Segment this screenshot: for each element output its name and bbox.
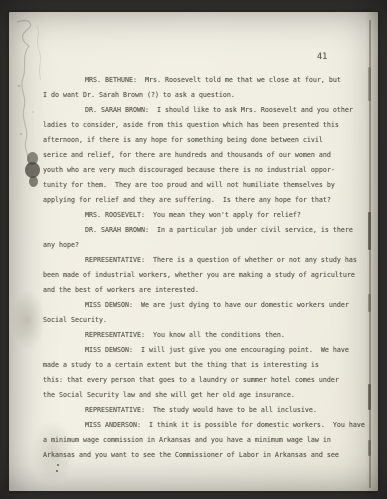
transcript-line: a minimum wage commission in Arkansas an… bbox=[43, 433, 367, 448]
transcript-line: MRS. ROOSEVELT: You mean they won't appl… bbox=[43, 208, 367, 223]
transcript-line: the Social Security law and she will get… bbox=[43, 388, 367, 403]
photo-frame: 41 MRS. BETHUNE: Mrs. Roosevelt told me … bbox=[0, 0, 387, 499]
transcript-line: any hope? bbox=[43, 238, 367, 253]
transcript-line: been made of industrial workers, whether… bbox=[43, 268, 367, 283]
paper-smudge bbox=[11, 290, 45, 350]
transcript-line: MISS DEWSON: I will just give you one en… bbox=[43, 343, 367, 358]
transcript-line: MISS ANDERSON: I think it is possible fo… bbox=[43, 418, 367, 433]
transcript-body: MRS. BETHUNE: Mrs. Roosevelt told me tha… bbox=[43, 73, 367, 463]
transcript-line: MISS DEWSON: We are just dying to have o… bbox=[43, 298, 367, 313]
transcript-line: serice and relief, for there are hundred… bbox=[43, 148, 367, 163]
edge-mark bbox=[368, 294, 371, 312]
transcript-line: youth who are very much discouraged beca… bbox=[43, 163, 367, 178]
edge-mark bbox=[368, 212, 371, 250]
edge-mark bbox=[368, 440, 371, 456]
ink-blot bbox=[24, 152, 42, 188]
page-number: 41 bbox=[317, 52, 327, 62]
transcript-line: tunity for them. They are too proud and … bbox=[43, 178, 367, 193]
transcript-line: REPRESENTATIVE: The study would have to … bbox=[43, 403, 367, 418]
transcript-line: and the best of workers are interested. bbox=[43, 283, 367, 298]
transcript-line: Social Security. bbox=[43, 313, 367, 328]
transcript-line: REPRESENTATIVE: You know all the conditi… bbox=[43, 328, 367, 343]
transcript-line: I do want Dr. Sarah Brown (?) to ask a q… bbox=[43, 88, 367, 103]
edge-mark bbox=[368, 384, 371, 410]
ink-speck bbox=[57, 464, 59, 466]
transcript-line: REPRESENTATIVE: There is a question of w… bbox=[43, 253, 367, 268]
ink-speck bbox=[56, 470, 58, 472]
transcript-line: MRS. BETHUNE: Mrs. Roosevelt told me tha… bbox=[43, 73, 367, 88]
transcript-line: made a study to a certain extent but the… bbox=[43, 358, 367, 373]
edge-mark bbox=[368, 67, 371, 101]
transcript-line: ladies to consider, aside from this ques… bbox=[43, 118, 367, 133]
transcript-line: applying for relief and they are sufferi… bbox=[43, 193, 367, 208]
transcript-line: afternoon, if there is any hope for some… bbox=[43, 133, 367, 148]
transcript-line: DR. SARAH BROWN: I should like to ask Mr… bbox=[43, 103, 367, 118]
document-page: 41 MRS. BETHUNE: Mrs. Roosevelt told me … bbox=[9, 12, 378, 491]
transcript-line: this: that every person that goes to a l… bbox=[43, 373, 367, 388]
transcript-line: Arkansas and you want to see the Commiss… bbox=[43, 448, 367, 463]
transcript-line: DR. SARAH BROWN: In a particular job und… bbox=[43, 223, 367, 238]
